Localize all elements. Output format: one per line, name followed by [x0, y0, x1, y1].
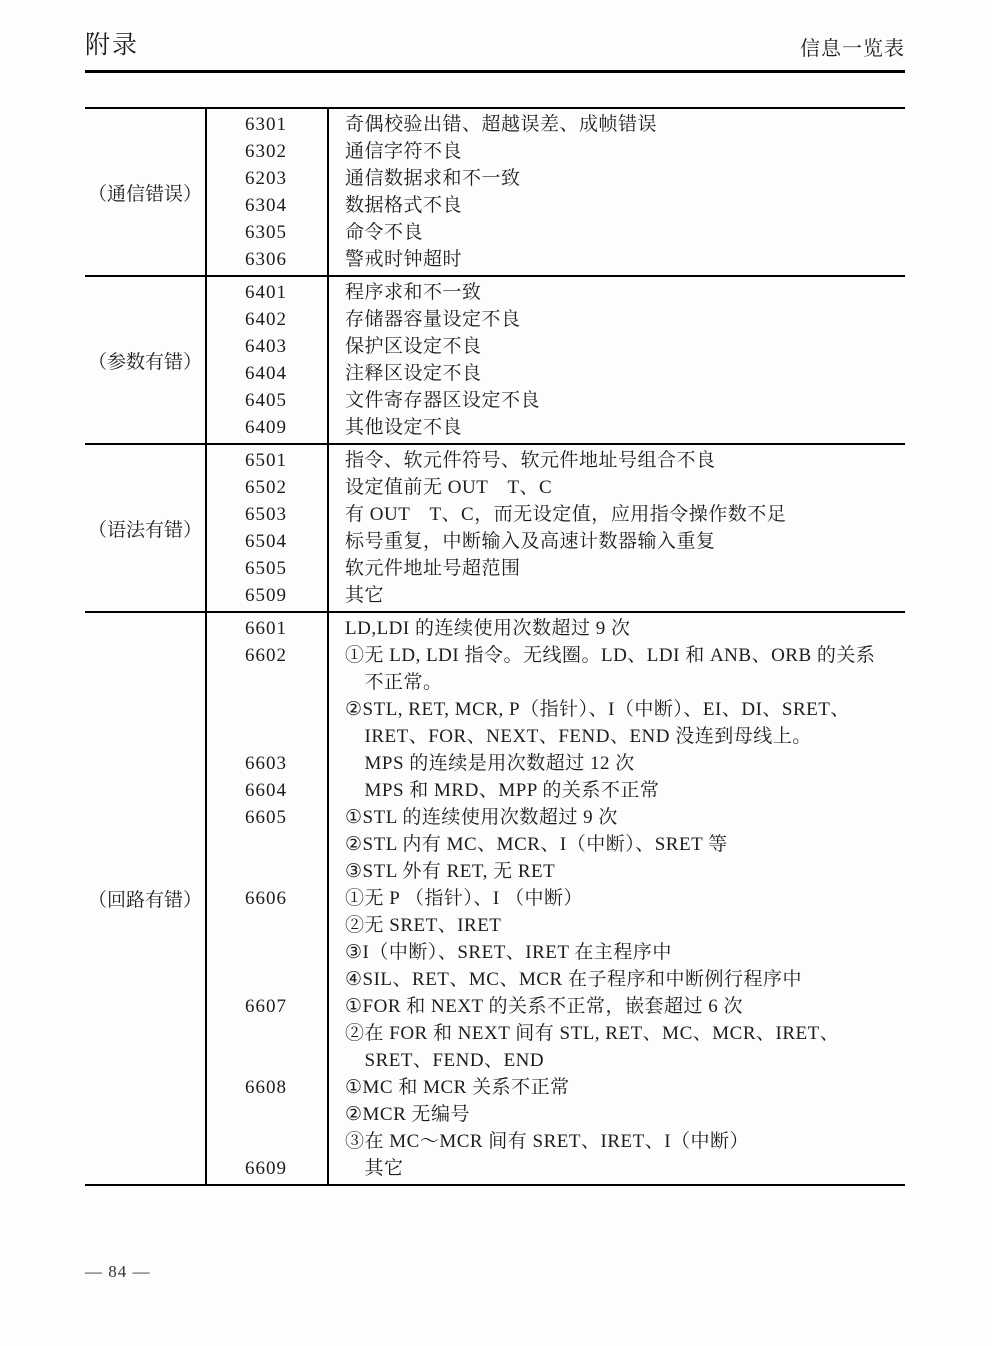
error-code: 6403 [205, 333, 327, 360]
error-code: 6602 [205, 642, 327, 750]
table-section: （语法有错） 6501 指令、软元件符号、软元件地址号组合不良 6502 设定值… [85, 443, 905, 611]
description-line: ①无 LD, LDI 指令。无线圈。LD、LDI 和 ANB、ORB 的关系 [345, 642, 901, 669]
error-code: 6401 [205, 279, 327, 306]
table-row: 6606 ①无 P （指针）、I （中断）②无 SRET、IRET③I（中断）、… [205, 885, 905, 993]
page-header: 附录 信息一览表 [85, 0, 905, 73]
error-code: 6604 [205, 777, 327, 804]
description-line: ①MC 和 MCR 关系不正常 [345, 1074, 901, 1101]
error-description: 数据格式不良 [327, 192, 905, 219]
error-code: 6404 [205, 360, 327, 387]
error-description: 软元件地址号超范围 [327, 555, 905, 582]
description-line: 奇偶校验出错、超越误差、成帧错误 [345, 111, 901, 138]
error-description: 警戒时钟超时 [327, 246, 905, 273]
error-description: ①STL 的连续使用次数超过 9 次②STL 内有 MC、MCR、I（中断）、S… [327, 804, 905, 885]
description-line: ②STL 内有 MC、MCR、I（中断）、SRET 等 [345, 831, 901, 858]
description-line: ③I（中断）、SRET、IRET 在主程序中 [345, 939, 901, 966]
category-label: （语法有错） [85, 445, 205, 611]
error-description: ①无 LD, LDI 指令。无线圈。LD、LDI 和 ANB、ORB 的关系 不… [327, 642, 905, 750]
error-description: 存储器容量设定不良 [327, 306, 905, 333]
error-description: ①FOR 和 NEXT 的关系不正常，嵌套超过 6 次②在 FOR 和 NEXT… [327, 993, 905, 1074]
error-description: ①MC 和 MCR 关系不正常②MCR 无编号③在 MC～MCR 间有 SRET… [327, 1074, 905, 1155]
table-row: 6401 程序求和不一致 [205, 279, 905, 306]
table-row: 6501 指令、软元件符号、软元件地址号组合不良 [205, 447, 905, 474]
table-row: 6504 标号重复，中断输入及高速计数器输入重复 [205, 528, 905, 555]
section-rows: 6601 LD,LDI 的连续使用次数超过 9 次 6602 ①无 LD, LD… [205, 613, 905, 1184]
table-row: 6503 有 OUT T、C，而无设定值，应用指令操作数不足 [205, 501, 905, 528]
description-line: ③STL 外有 RET, 无 RET [345, 858, 901, 885]
error-description: 注释区设定不良 [327, 360, 905, 387]
error-code: 6606 [205, 885, 327, 993]
description-line: ③在 MC～MCR 间有 SRET、IRET、I（中断） [345, 1128, 901, 1155]
table-row: 6405 文件寄存器区设定不良 [205, 387, 905, 414]
description-line: ②MCR 无编号 [345, 1101, 901, 1128]
description-line: LD,LDI 的连续使用次数超过 9 次 [345, 615, 901, 642]
section-rows: 6501 指令、软元件符号、软元件地址号组合不良 6502 设定值前无 OUT … [205, 445, 905, 611]
table-row: 6509 其它 [205, 582, 905, 609]
description-line: ①FOR 和 NEXT 的关系不正常，嵌套超过 6 次 [345, 993, 901, 1020]
table-row: 6306 警戒时钟超时 [205, 246, 905, 273]
error-code: 6304 [205, 192, 327, 219]
error-code: 6409 [205, 414, 327, 441]
section-rows: 6301 奇偶校验出错、超越误差、成帧错误 6302 通信字符不良 6203 通… [205, 109, 905, 275]
description-line: ②STL, RET, MCR, P（指针）、I（中断）、EI、DI、SRET、 [345, 696, 901, 723]
error-description: 奇偶校验出错、超越误差、成帧错误 [327, 111, 905, 138]
error-code: 6601 [205, 615, 327, 642]
category-label: （通信错误） [85, 109, 205, 275]
error-description: MPS 的连续是用次数超过 12 次 [327, 750, 905, 777]
description-line: 设定值前无 OUT T、C [345, 474, 901, 501]
description-line: 通信字符不良 [345, 138, 901, 165]
description-line: 数据格式不良 [345, 192, 901, 219]
description-line: MPS 的连续是用次数超过 12 次 [345, 750, 901, 777]
table-row: 6203 通信数据求和不一致 [205, 165, 905, 192]
table-row: 6304 数据格式不良 [205, 192, 905, 219]
description-line: 不正常。 [345, 669, 901, 696]
table-row: 6609 其它 [205, 1155, 905, 1182]
description-line: ①无 P （指针）、I （中断） [345, 885, 901, 912]
description-line: 存储器容量设定不良 [345, 306, 901, 333]
table-row: 6402 存储器容量设定不良 [205, 306, 905, 333]
description-line: 指令、软元件符号、软元件地址号组合不良 [345, 447, 901, 474]
description-line: 命令不良 [345, 219, 901, 246]
description-line: 警戒时钟超时 [345, 246, 901, 273]
error-description: 设定值前无 OUT T、C [327, 474, 905, 501]
error-description: 通信字符不良 [327, 138, 905, 165]
error-code-table: （通信错误） 6301 奇偶校验出错、超越误差、成帧错误 6302 通信字符不良… [85, 107, 905, 1186]
error-description: MPS 和 MRD、MPP 的关系不正常 [327, 777, 905, 804]
description-line: 其它 [345, 582, 901, 609]
error-description: 标号重复，中断输入及高速计数器输入重复 [327, 528, 905, 555]
description-line: ②在 FOR 和 NEXT 间有 STL, RET、MC、MCR、IRET、 [345, 1020, 901, 1047]
table-row: 6301 奇偶校验出错、超越误差、成帧错误 [205, 111, 905, 138]
category-label: （回路有错） [85, 613, 205, 1184]
table-row: 6607 ①FOR 和 NEXT 的关系不正常，嵌套超过 6 次②在 FOR 和… [205, 993, 905, 1074]
error-code: 6608 [205, 1074, 327, 1155]
table-section: （参数有错） 6401 程序求和不一致 6402 存储器容量设定不良 6403 … [85, 275, 905, 443]
description-line: 有 OUT T、C，而无设定值，应用指令操作数不足 [345, 501, 901, 528]
error-code: 6301 [205, 111, 327, 138]
error-code: 6502 [205, 474, 327, 501]
description-line: ①STL 的连续使用次数超过 9 次 [345, 804, 901, 831]
table-row: 6608 ①MC 和 MCR 关系不正常②MCR 无编号③在 MC～MCR 间有… [205, 1074, 905, 1155]
document-page: 附录 信息一览表 （通信错误） 6301 奇偶校验出错、超越误差、成帧错误 63… [85, 0, 905, 1186]
table-row: 6403 保护区设定不良 [205, 333, 905, 360]
table-row: 6604 MPS 和 MRD、MPP 的关系不正常 [205, 777, 905, 804]
error-code: 6305 [205, 219, 327, 246]
description-line: ④SIL、RET、MC、MCR 在子程序和中断例行程序中 [345, 966, 901, 993]
description-line: 通信数据求和不一致 [345, 165, 901, 192]
error-code: 6402 [205, 306, 327, 333]
error-description: ①无 P （指针）、I （中断）②无 SRET、IRET③I（中断）、SRET、… [327, 885, 905, 993]
error-description: 保护区设定不良 [327, 333, 905, 360]
description-line: MPS 和 MRD、MPP 的关系不正常 [345, 777, 901, 804]
description-line: SRET、FEND、END [345, 1047, 901, 1074]
table-section: （回路有错） 6601 LD,LDI 的连续使用次数超过 9 次 6602 ①无… [85, 611, 905, 1184]
error-code: 6605 [205, 804, 327, 885]
error-code: 6501 [205, 447, 327, 474]
error-description: 有 OUT T、C，而无设定值，应用指令操作数不足 [327, 501, 905, 528]
table-row: 6601 LD,LDI 的连续使用次数超过 9 次 [205, 615, 905, 642]
error-description: LD,LDI 的连续使用次数超过 9 次 [327, 615, 905, 642]
description-line: 文件寄存器区设定不良 [345, 387, 901, 414]
table-row: 6605 ①STL 的连续使用次数超过 9 次②STL 内有 MC、MCR、I（… [205, 804, 905, 885]
category-label: （参数有错） [85, 277, 205, 443]
error-description: 指令、软元件符号、软元件地址号组合不良 [327, 447, 905, 474]
error-code: 6203 [205, 165, 327, 192]
error-description: 通信数据求和不一致 [327, 165, 905, 192]
error-code: 6509 [205, 582, 327, 609]
description-line: 标号重复，中断输入及高速计数器输入重复 [345, 528, 901, 555]
error-code: 6503 [205, 501, 327, 528]
description-line: IRET、FOR、NEXT、FEND、END 没连到母线上。 [345, 723, 901, 750]
error-description: 其它 [327, 1155, 905, 1182]
page-number: — 84 — [85, 1262, 151, 1282]
header-rule [85, 70, 905, 73]
description-line: 保护区设定不良 [345, 333, 901, 360]
table-row: 6502 设定值前无 OUT T、C [205, 474, 905, 501]
description-line: 其他设定不良 [345, 414, 901, 441]
table-section: （通信错误） 6301 奇偶校验出错、超越误差、成帧错误 6302 通信字符不良… [85, 109, 905, 275]
table-row: 6409 其他设定不良 [205, 414, 905, 441]
header-right-title: 信息一览表 [800, 32, 905, 61]
error-code: 6302 [205, 138, 327, 165]
error-description: 命令不良 [327, 219, 905, 246]
header-left-title: 附录 [85, 25, 139, 61]
error-code: 6505 [205, 555, 327, 582]
description-line: 注释区设定不良 [345, 360, 901, 387]
error-description: 文件寄存器区设定不良 [327, 387, 905, 414]
error-code: 6306 [205, 246, 327, 273]
table-row: 6602 ①无 LD, LDI 指令。无线圈。LD、LDI 和 ANB、ORB … [205, 642, 905, 750]
table-row: 6603 MPS 的连续是用次数超过 12 次 [205, 750, 905, 777]
table-row: 6404 注释区设定不良 [205, 360, 905, 387]
table-row: 6305 命令不良 [205, 219, 905, 246]
section-rows: 6401 程序求和不一致 6402 存储器容量设定不良 6403 保护区设定不良… [205, 277, 905, 443]
column-divider-1 [205, 109, 207, 1184]
error-description: 程序求和不一致 [327, 279, 905, 306]
error-code: 6609 [205, 1155, 327, 1182]
column-divider-2 [327, 109, 329, 1184]
error-description: 其他设定不良 [327, 414, 905, 441]
description-line: ②无 SRET、IRET [345, 912, 901, 939]
error-code: 6405 [205, 387, 327, 414]
description-line: 其它 [345, 1155, 901, 1182]
error-code: 6504 [205, 528, 327, 555]
error-code: 6603 [205, 750, 327, 777]
description-line: 软元件地址号超范围 [345, 555, 901, 582]
table-row: 6302 通信字符不良 [205, 138, 905, 165]
error-code: 6607 [205, 993, 327, 1074]
table-row: 6505 软元件地址号超范围 [205, 555, 905, 582]
error-description: 其它 [327, 582, 905, 609]
description-line: 程序求和不一致 [345, 279, 901, 306]
